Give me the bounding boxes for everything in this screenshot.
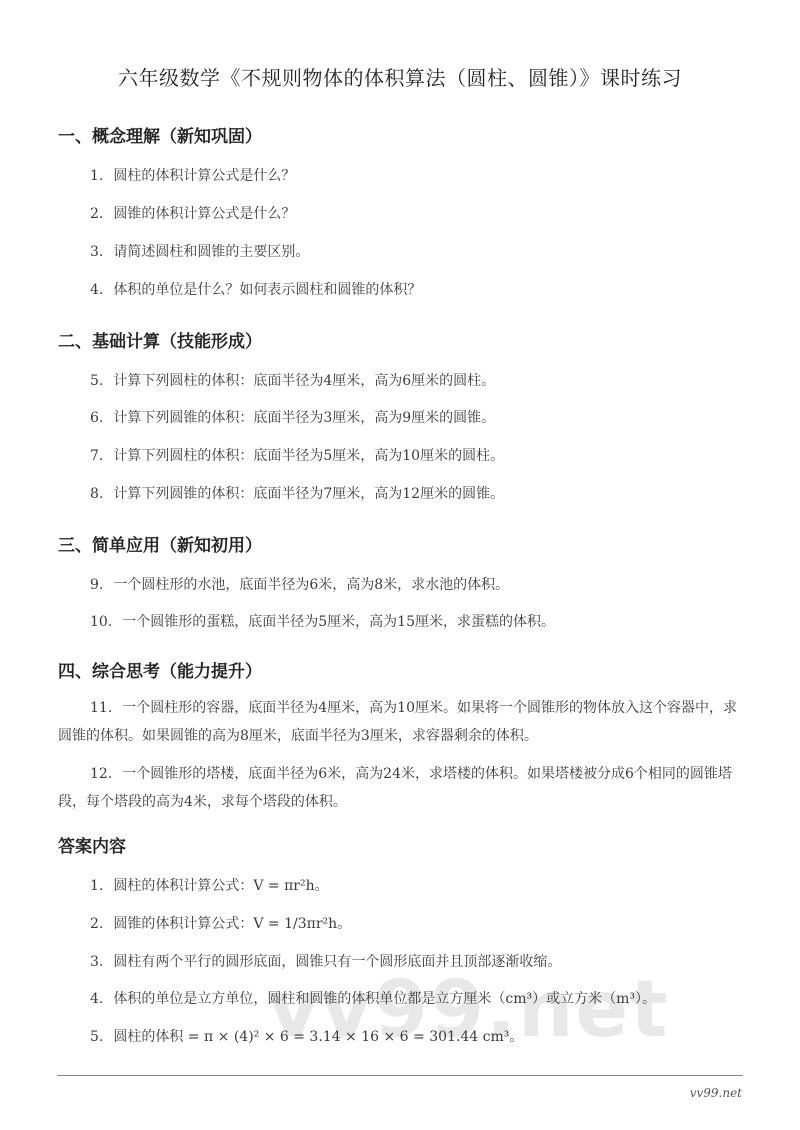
question-item: 7.计算下列圆柱的体积：底面半径为5厘米，高为10厘米的圆柱。	[90, 445, 504, 465]
section-heading-concept: 一、概念理解（新知巩固）	[58, 122, 262, 147]
question-text: 一个圆锥形的塔楼，底面半径为6米，高为24米，求塔楼的体积。如果塔楼被分成6个相…	[58, 766, 732, 810]
question-number: 12.	[90, 766, 112, 782]
answer-number: 5.	[90, 1029, 103, 1045]
question-number: 7.	[90, 448, 103, 464]
answer-number: 4.	[90, 991, 103, 1007]
answer-item: 5.圆柱的体积 = π × (4)² × 6 = 3.14 × 16 × 6 =…	[90, 1026, 523, 1046]
question-number: 6.	[90, 410, 103, 426]
question-number: 8.	[90, 486, 103, 502]
answer-number: 2.	[90, 916, 103, 932]
answer-text: 体积的单位是立方单位，圆柱和圆锥的体积单位都是立方厘米（cm³）或立方米（m³）…	[113, 991, 656, 1007]
question-item: 3.请简述圆柱和圆锥的主要区别。	[90, 241, 309, 261]
question-number: 2.	[90, 206, 103, 222]
answer-text: 圆柱有两个平行的圆形底面，圆锥只有一个圆形底面并且顶部逐渐收缩。	[113, 954, 561, 970]
question-item: 5.计算下列圆柱的体积：底面半径为4厘米，高为6厘米的圆柱。	[90, 370, 495, 390]
section-heading-application: 三、简单应用（新知初用）	[58, 531, 262, 556]
question-item: 8.计算下列圆锥的体积：底面半径为7厘米，高为12厘米的圆锥。	[90, 483, 504, 503]
question-number: 10.	[90, 614, 112, 630]
question-number: 1.	[90, 168, 103, 184]
answer-item: 2.圆锥的体积计算公式：V = 1/3πr²h。	[90, 913, 351, 933]
answers-heading: 答案内容	[58, 832, 126, 857]
question-text: 圆柱的体积计算公式是什么？	[113, 168, 295, 184]
answer-text: 圆柱的体积计算公式：V = πr²h。	[113, 878, 328, 894]
question-number: 9.	[90, 577, 103, 593]
question-text: 一个圆柱形的容器，底面半径为4厘米，高为10厘米。如果将一个圆锥形的物体放入这个…	[58, 700, 737, 744]
question-item: 1.圆柱的体积计算公式是什么？	[90, 165, 295, 185]
question-text: 体积的单位是什么？如何表示圆柱和圆锥的体积？	[113, 282, 421, 298]
question-item: 4.体积的单位是什么？如何表示圆柱和圆锥的体积？	[90, 279, 421, 299]
question-paragraph: 12.一个圆锥形的塔楼，底面半径为6米，高为24米，求塔楼的体积。如果塔楼被分成…	[58, 760, 744, 816]
answer-text: 圆柱的体积 = π × (4)² × 6 = 3.14 × 16 × 6 = 3…	[113, 1029, 523, 1045]
answer-text: 圆锥的体积计算公式：V = 1/3πr²h。	[113, 916, 351, 932]
answer-item: 3.圆柱有两个平行的圆形底面，圆锥只有一个圆形底面并且顶部逐渐收缩。	[90, 951, 561, 971]
question-text: 一个圆柱形的水池，底面半径为6米，高为8米，求水池的体积。	[113, 577, 509, 593]
question-number: 3.	[90, 244, 103, 260]
question-item: 2.圆锥的体积计算公式是什么？	[90, 203, 295, 223]
answer-number: 3.	[90, 954, 103, 970]
answer-item: 4.体积的单位是立方单位，圆柱和圆锥的体积单位都是立方厘米（cm³）或立方米（m…	[90, 988, 656, 1008]
question-text: 计算下列圆锥的体积：底面半径为7厘米，高为12厘米的圆锥。	[113, 486, 504, 502]
document-title: 六年级数学《不规则物体的体积算法（圆柱、圆锥）》课时练习	[0, 62, 800, 91]
section-heading-comprehensive: 四、综合思考（能力提升）	[58, 657, 262, 682]
footer-divider	[57, 1075, 743, 1076]
question-item: 6.计算下列圆锥的体积：底面半径为3厘米，高为9厘米的圆锥。	[90, 407, 495, 427]
question-text: 一个圆锥形的蛋糕，底面半径为5厘米，高为15厘米，求蛋糕的体积。	[122, 614, 555, 630]
section-heading-basic-calc: 二、基础计算（技能形成）	[58, 327, 262, 352]
question-item: 9.一个圆柱形的水池，底面半径为6米，高为8米，求水池的体积。	[90, 574, 509, 594]
question-text: 计算下列圆柱的体积：底面半径为4厘米，高为6厘米的圆柱。	[113, 373, 495, 389]
answer-number: 1.	[90, 878, 103, 894]
question-text: 请简述圆柱和圆锥的主要区别。	[113, 244, 309, 260]
question-text: 圆锥的体积计算公式是什么？	[113, 206, 295, 222]
question-text: 计算下列圆柱的体积：底面半径为5厘米，高为10厘米的圆柱。	[113, 448, 504, 464]
question-number: 11.	[90, 700, 112, 716]
question-paragraph: 11.一个圆柱形的容器，底面半径为4厘米，高为10厘米。如果将一个圆锥形的物体放…	[58, 694, 744, 750]
question-number: 5.	[90, 373, 103, 389]
answer-item: 1.圆柱的体积计算公式：V = πr²h。	[90, 875, 329, 895]
question-number: 4.	[90, 282, 103, 298]
document-page: vv99.net 六年级数学《不规则物体的体积算法（圆柱、圆锥）》课时练习 一、…	[0, 0, 800, 1130]
question-item: 10.一个圆锥形的蛋糕，底面半径为5厘米，高为15厘米，求蛋糕的体积。	[90, 611, 555, 631]
footer-site-label: vv99.net	[690, 1086, 742, 1100]
question-text: 计算下列圆锥的体积：底面半径为3厘米，高为9厘米的圆锥。	[113, 410, 495, 426]
